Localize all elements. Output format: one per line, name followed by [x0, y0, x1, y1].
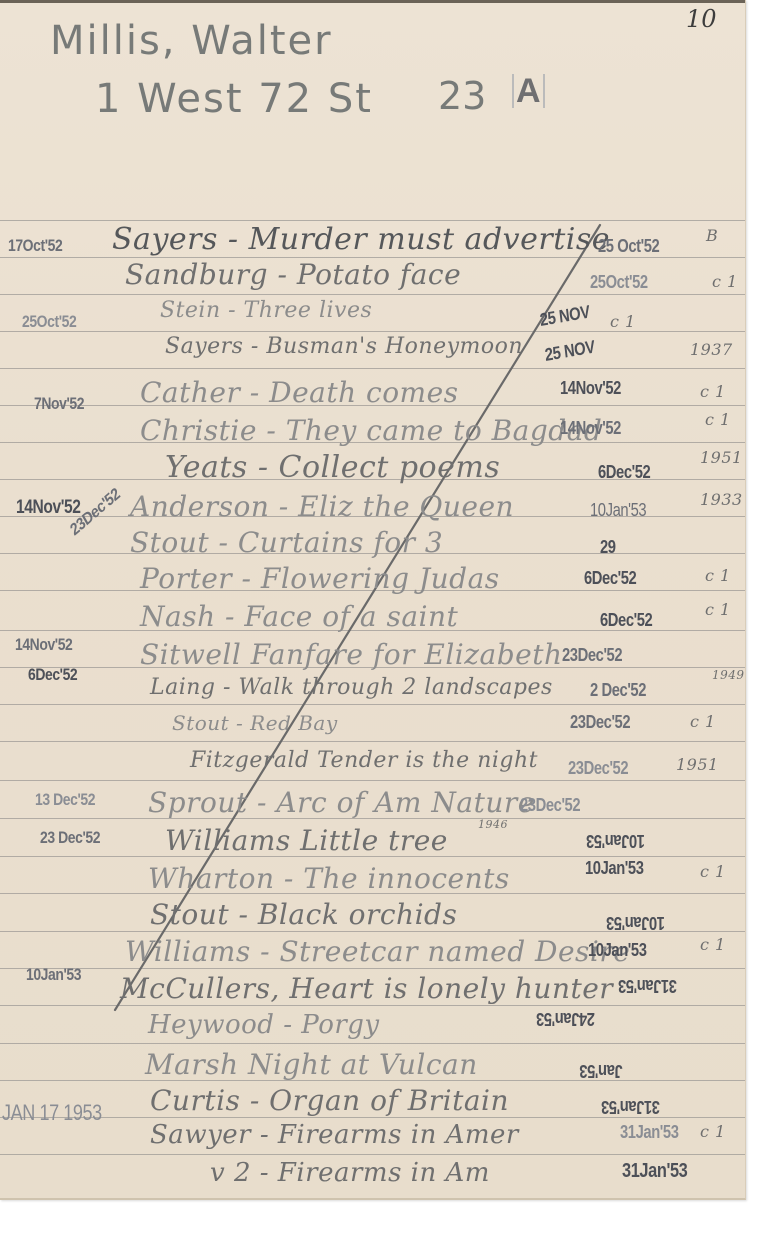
right-date-stamp: 14Nov'52	[560, 378, 621, 399]
entry-title: Porter - Flowering Judas	[140, 562, 500, 595]
margin-note: c 1	[700, 935, 726, 954]
right-date-stamp: 25Oct'52	[590, 272, 648, 293]
right-date-stamp: 23Dec'52	[562, 645, 622, 666]
entry-title: Cather - Death comes	[140, 376, 459, 409]
margin-note: c 1	[700, 862, 726, 881]
entry-title: Sawyer - Firearms in Amer	[150, 1120, 519, 1150]
margin-note: 1949	[712, 668, 745, 682]
right-date-stamp: 31Jan'53	[622, 1160, 687, 1183]
entry-title: Marsh Night at Vulcan	[145, 1048, 478, 1081]
inverted-date-stamp: 24Jan'53	[536, 1008, 595, 1029]
margin-note: 1951	[676, 755, 719, 774]
entry-title: Fitzgerald Tender is the night	[190, 748, 538, 773]
margin-note: c 1	[690, 712, 716, 731]
margin-mark: B	[706, 226, 718, 245]
entry-title: Laing - Walk through 2 landscapes	[150, 675, 553, 700]
margin-note: c 1	[700, 1122, 726, 1141]
entry-title: McCullers, Heart is lonely hunter	[120, 972, 613, 1005]
margin-note: c 1	[610, 312, 636, 331]
margin-note: c 1	[705, 410, 731, 429]
entry-title: Yeats - Collect poems	[165, 450, 500, 485]
entry-title: Stout - Curtains for 3	[130, 526, 443, 559]
margin-note: 1951	[700, 448, 743, 467]
margin-note: 1946	[478, 818, 508, 831]
right-date-stamp: 25 Oct'52	[598, 236, 659, 257]
right-date-stamp: 2 Dec'52	[590, 680, 646, 701]
left-date-stamp: 17Oct'52	[8, 236, 62, 256]
margin-note: c 1	[705, 566, 731, 585]
entry-title: Christie - They came to Bagdad	[140, 414, 602, 447]
right-date-stamp: 23Dec'52	[520, 795, 580, 816]
inverted-date-stamp: Jan'53	[580, 1060, 623, 1081]
entry-title: Sandburg - Potato face	[125, 258, 461, 291]
margin-note: c 1	[712, 272, 738, 291]
right-date-stamp: 10Jan'53	[590, 500, 646, 521]
entry-title: Sitwell Fanfare for Elizabeth	[140, 638, 562, 671]
entry-title: Sprout - Arc of Am Nature	[148, 786, 535, 819]
right-date-stamp: 14Nov'52	[560, 418, 621, 439]
right-date-stamp: 10Jan'53	[585, 858, 644, 879]
right-date-stamp: 29	[600, 537, 616, 558]
entry-title: Stein - Three lives	[160, 298, 372, 323]
entry-title: Curtis - Organ of Britain	[150, 1084, 509, 1117]
received-date-stamp: JAN 17 1953	[2, 1100, 102, 1126]
inverted-date-stamp: 10Jan'53	[606, 912, 665, 933]
inverted-date-stamp: 10Jan'53	[586, 830, 645, 851]
left-date-stamp: 14Nov'52	[16, 497, 81, 519]
margin-note: c 1	[705, 600, 731, 619]
entry-title: Williams - Streetcar named Desire	[125, 935, 630, 968]
entry-title: Sayers - Busman's Honeymoon	[165, 334, 523, 359]
right-date-stamp: 6Dec'52	[598, 462, 650, 483]
entry-title: Williams Little tree	[165, 824, 448, 857]
inverted-date-stamp: 31Jan'53	[618, 975, 677, 996]
entry-title: Wharton - The innocents	[148, 862, 510, 895]
right-date-stamp: 10Jan'53	[588, 940, 647, 961]
left-date-stamp: 25Oct'52	[22, 312, 76, 332]
left-date-stamp: 13 Dec'52	[35, 790, 95, 810]
right-date-stamp: 6Dec'52	[600, 610, 652, 631]
library-card: Millis, Walter 1 West 72 St 23 A 10 Saye…	[0, 0, 746, 1200]
entry-title: Sayers - Murder must advertise	[112, 222, 610, 257]
right-date-stamp: 31Jan'53	[620, 1122, 679, 1143]
entry-title: Nash - Face of a saint	[140, 600, 458, 633]
entry-title: v 2 - Firearms in Am	[210, 1158, 490, 1188]
entry-title: Heywood - Porgy	[148, 1010, 380, 1040]
left-date-stamp: 7Nov'52	[34, 394, 84, 414]
left-date-stamp: 14Nov'52	[15, 635, 72, 655]
right-date-stamp: 23Dec'52	[570, 712, 630, 733]
entry-title: Stout - Red Bay	[172, 711, 338, 735]
right-date-stamp: 6Dec'52	[584, 568, 636, 589]
margin-note: c 1	[700, 382, 726, 401]
left-date-stamp: 10Jan'53	[26, 965, 81, 985]
left-date-stamp: 23 Dec'52	[40, 828, 100, 848]
right-date-stamp: 23Dec'52	[568, 758, 628, 779]
margin-note: 1937	[690, 340, 733, 359]
margin-note: 1933	[700, 490, 743, 509]
inverted-date-stamp: 31Jan'53	[601, 1096, 660, 1117]
entry-title: Stout - Black orchids	[150, 898, 457, 931]
entry-title: Anderson - Eliz the Queen	[130, 490, 514, 523]
left-date-stamp: 6Dec'52	[28, 665, 77, 685]
